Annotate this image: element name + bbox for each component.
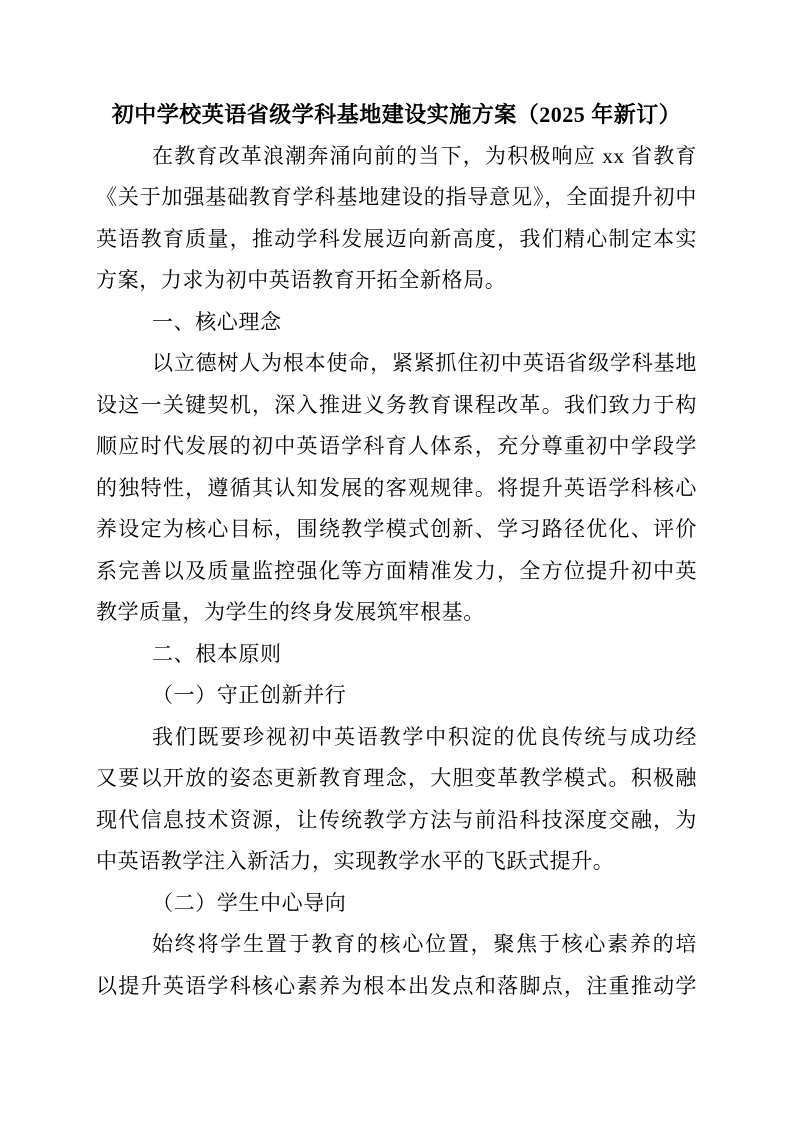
text-line: 教学质量，为学生的终身发展筑牢根基。 xyxy=(96,592,697,634)
text-line: 中英语教学注入新活力，实现教学水平的飞跃式提升。 xyxy=(96,841,697,883)
text-line: 养设定为核心目标，围绕教学模式创新、学习路径优化、评价体 xyxy=(96,509,697,551)
text-line: 一、核心理念 xyxy=(96,302,697,344)
text-line: 英语教育质量，推动学科发展迈向新高度，我们精心制定本实施 xyxy=(96,219,697,261)
text-line: 以提升英语学科核心素养为根本出发点和落脚点，注重推动学生 xyxy=(96,966,697,1008)
text-line: 《关于加强基础教育学科基地建设的指导意见》，全面提升初中 xyxy=(96,177,697,219)
document-page: 初中学校英语省级学科基地建设实施方案（2025 年新订）在教育改革浪潮奔涌向前的… xyxy=(0,0,793,1122)
section-heading: （二）学生中心导向 xyxy=(96,883,697,925)
title-text: 初中学校英语省级学科基地建设实施方案（2025 年新订） xyxy=(96,94,697,136)
paragraph: 始终将学生置于教育的核心位置，聚焦于核心素养的培育。以提升英语学科核心素养为根本… xyxy=(96,924,697,1007)
section-heading: 二、根本原则 xyxy=(96,634,697,676)
text-line: 现代信息技术资源，让传统教学方法与前沿科技深度交融，为初 xyxy=(96,800,697,842)
text-line: 设这一关键契机，深入推进义务教育课程改革。我们致力于构建 xyxy=(96,385,697,427)
paragraph: 我们既要珍视初中英语教学中积淀的优良传统与成功经验，又要以开放的姿态更新教育理念… xyxy=(96,717,697,883)
text-line: 的独特性，遵循其认知发展的客观规律。将提升英语学科核心素 xyxy=(96,468,697,510)
text-line: 又要以开放的姿态更新教育理念，大胆变革教学模式。积极融合 xyxy=(96,758,697,800)
section-heading: 一、核心理念 xyxy=(96,302,697,344)
paragraph: 以立德树人为根本使命，紧紧抓住初中英语省级学科基地建设这一关键契机，深入推进义务… xyxy=(96,343,697,634)
text-line: 我们既要珍视初中英语教学中积淀的优良传统与成功经验， xyxy=(96,717,697,759)
text-line: 方案，力求为初中英语教育开拓全新格局。 xyxy=(96,260,697,302)
text-line: （二）学生中心导向 xyxy=(96,883,697,925)
text-line: 二、根本原则 xyxy=(96,634,697,676)
text-line: 系完善以及质量监控强化等方面精准发力，全方位提升初中英语 xyxy=(96,551,697,593)
text-line: 始终将学生置于教育的核心位置，聚焦于核心素养的培育。 xyxy=(96,924,697,966)
text-line: 顺应时代发展的初中英语学科育人体系，充分尊重初中学段学生 xyxy=(96,426,697,468)
text-line: （一）守正创新并行 xyxy=(96,675,697,717)
text-line: 以立德树人为根本使命，紧紧抓住初中英语省级学科基地建 xyxy=(96,343,697,385)
document-title: 初中学校英语省级学科基地建设实施方案（2025 年新订） xyxy=(96,94,697,136)
paragraph: 在教育改革浪潮奔涌向前的当下，为积极响应 xx 省教育厅《关于加强基础教育学科基… xyxy=(96,136,697,302)
section-heading: （一）守正创新并行 xyxy=(96,675,697,717)
text-line: 在教育改革浪潮奔涌向前的当下，为积极响应 xx 省教育厅 xyxy=(96,136,697,178)
